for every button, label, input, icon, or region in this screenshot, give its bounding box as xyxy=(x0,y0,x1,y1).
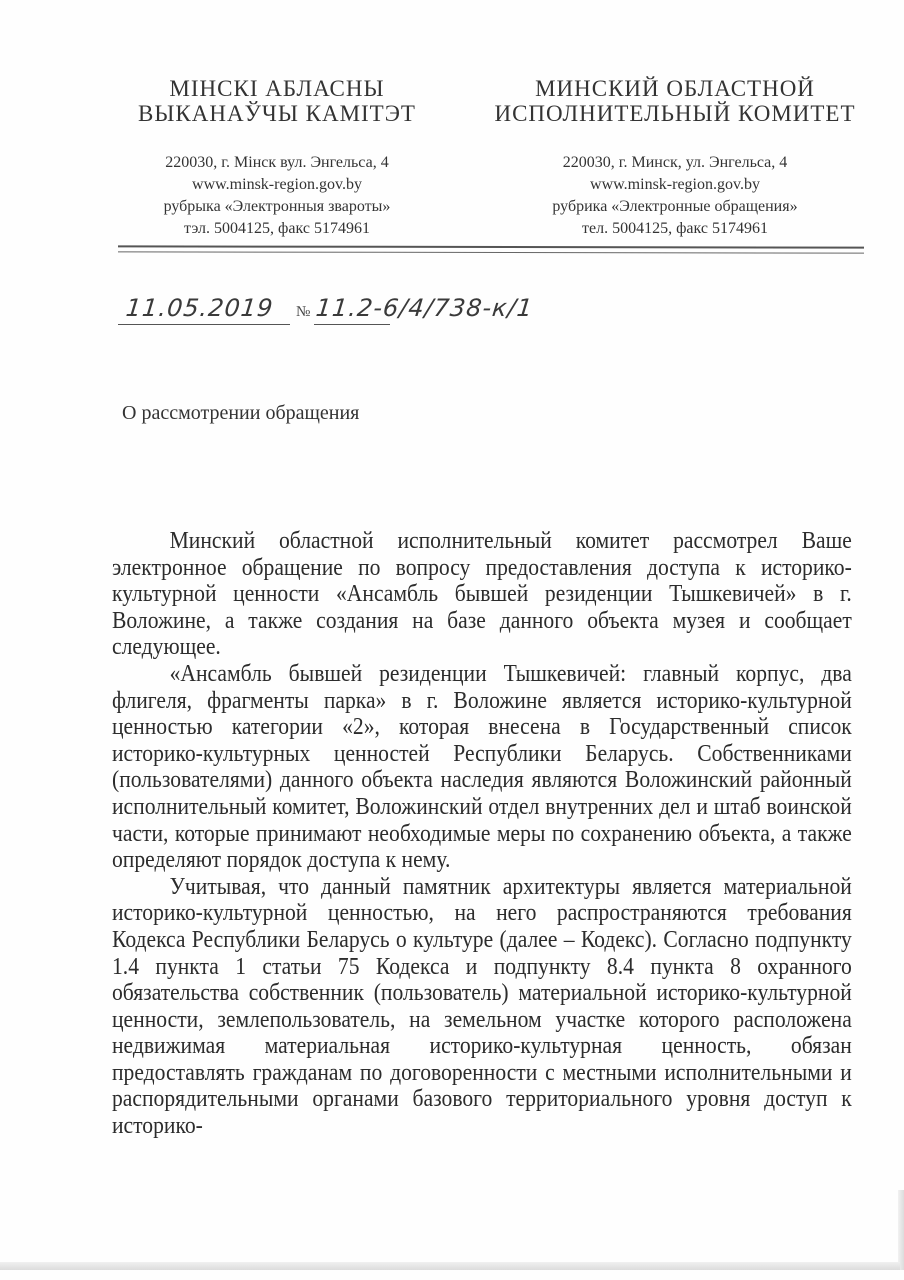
document-page: МІНСКІ АБЛАСНЫ ВЫКАНАЎЧЫ КАМІТЭТ 220030,… xyxy=(0,0,904,1280)
address: 220030, г. Минск, ул. Энгельса, 4 xyxy=(470,152,880,174)
scan-shadow-bottom xyxy=(0,1262,900,1270)
rubric: рубрика «Электронные обращения» xyxy=(470,196,880,218)
date-underline xyxy=(118,324,290,325)
number-sign: № xyxy=(296,304,310,321)
letter-body: Минский областной исполнительный комитет… xyxy=(112,528,852,1140)
body-paragraph: Минский областной исполнительный комитет… xyxy=(112,528,852,661)
phone-fax: тэл. 5004125, факс 5174961 xyxy=(112,218,442,240)
scan-shadow-right xyxy=(898,1190,904,1270)
org-name-ru: МИНСКИЙ ОБЛАСТНОЙ ИСПОЛНИТЕЛЬНЫЙ КОМИТЕТ xyxy=(470,76,880,126)
body-paragraph: «Ансамбль бывшей резиденции Тышкевичей: … xyxy=(112,661,852,874)
website-link: www.minsk-region.gov.by xyxy=(112,174,442,196)
website-link: www.minsk-region.gov.by xyxy=(470,174,880,196)
body-paragraph: Учитывая, что данный памятник архитектур… xyxy=(112,874,852,1140)
org-name-by: МІНСКІ АБЛАСНЫ ВЫКАНАЎЧЫ КАМІТЭТ xyxy=(112,76,442,126)
letterhead-belarusian: МІНСКІ АБЛАСНЫ ВЫКАНАЎЧЫ КАМІТЭТ 220030,… xyxy=(112,76,442,240)
org-name-line-1: МИНСКИЙ ОБЛАСТНОЙ xyxy=(470,76,880,101)
contacts-by: 220030, г. Мінск вул. Энгельса, 4 www.mi… xyxy=(112,152,442,240)
org-name-line-2: ВЫКАНАЎЧЫ КАМІТЭТ xyxy=(112,101,442,126)
rubric: рубрыка «Электронныя звароты» xyxy=(112,196,442,218)
org-name-line-1: МІНСКІ АБЛАСНЫ xyxy=(112,76,442,101)
handwritten-reg-number: 11.2-6/4/738-к/1 xyxy=(315,294,535,322)
letterhead-divider-thin xyxy=(118,251,864,253)
org-name-line-2: ИСПОЛНИТЕЛЬНЫЙ КОМИТЕТ xyxy=(470,101,880,126)
letter-subject: О рассмотрении обращения xyxy=(122,402,359,425)
handwritten-date: 11.05.2019 xyxy=(125,294,275,322)
address: 220030, г. Мінск вул. Энгельса, 4 xyxy=(112,152,442,174)
number-underline xyxy=(314,324,390,325)
phone-fax: тел. 5004125, факс 5174961 xyxy=(470,218,880,240)
letterhead-russian: МИНСКИЙ ОБЛАСТНОЙ ИСПОЛНИТЕЛЬНЫЙ КОМИТЕТ… xyxy=(470,76,880,240)
contacts-ru: 220030, г. Минск, ул. Энгельса, 4 www.mi… xyxy=(470,152,880,240)
letterhead-divider-thick xyxy=(118,245,864,248)
